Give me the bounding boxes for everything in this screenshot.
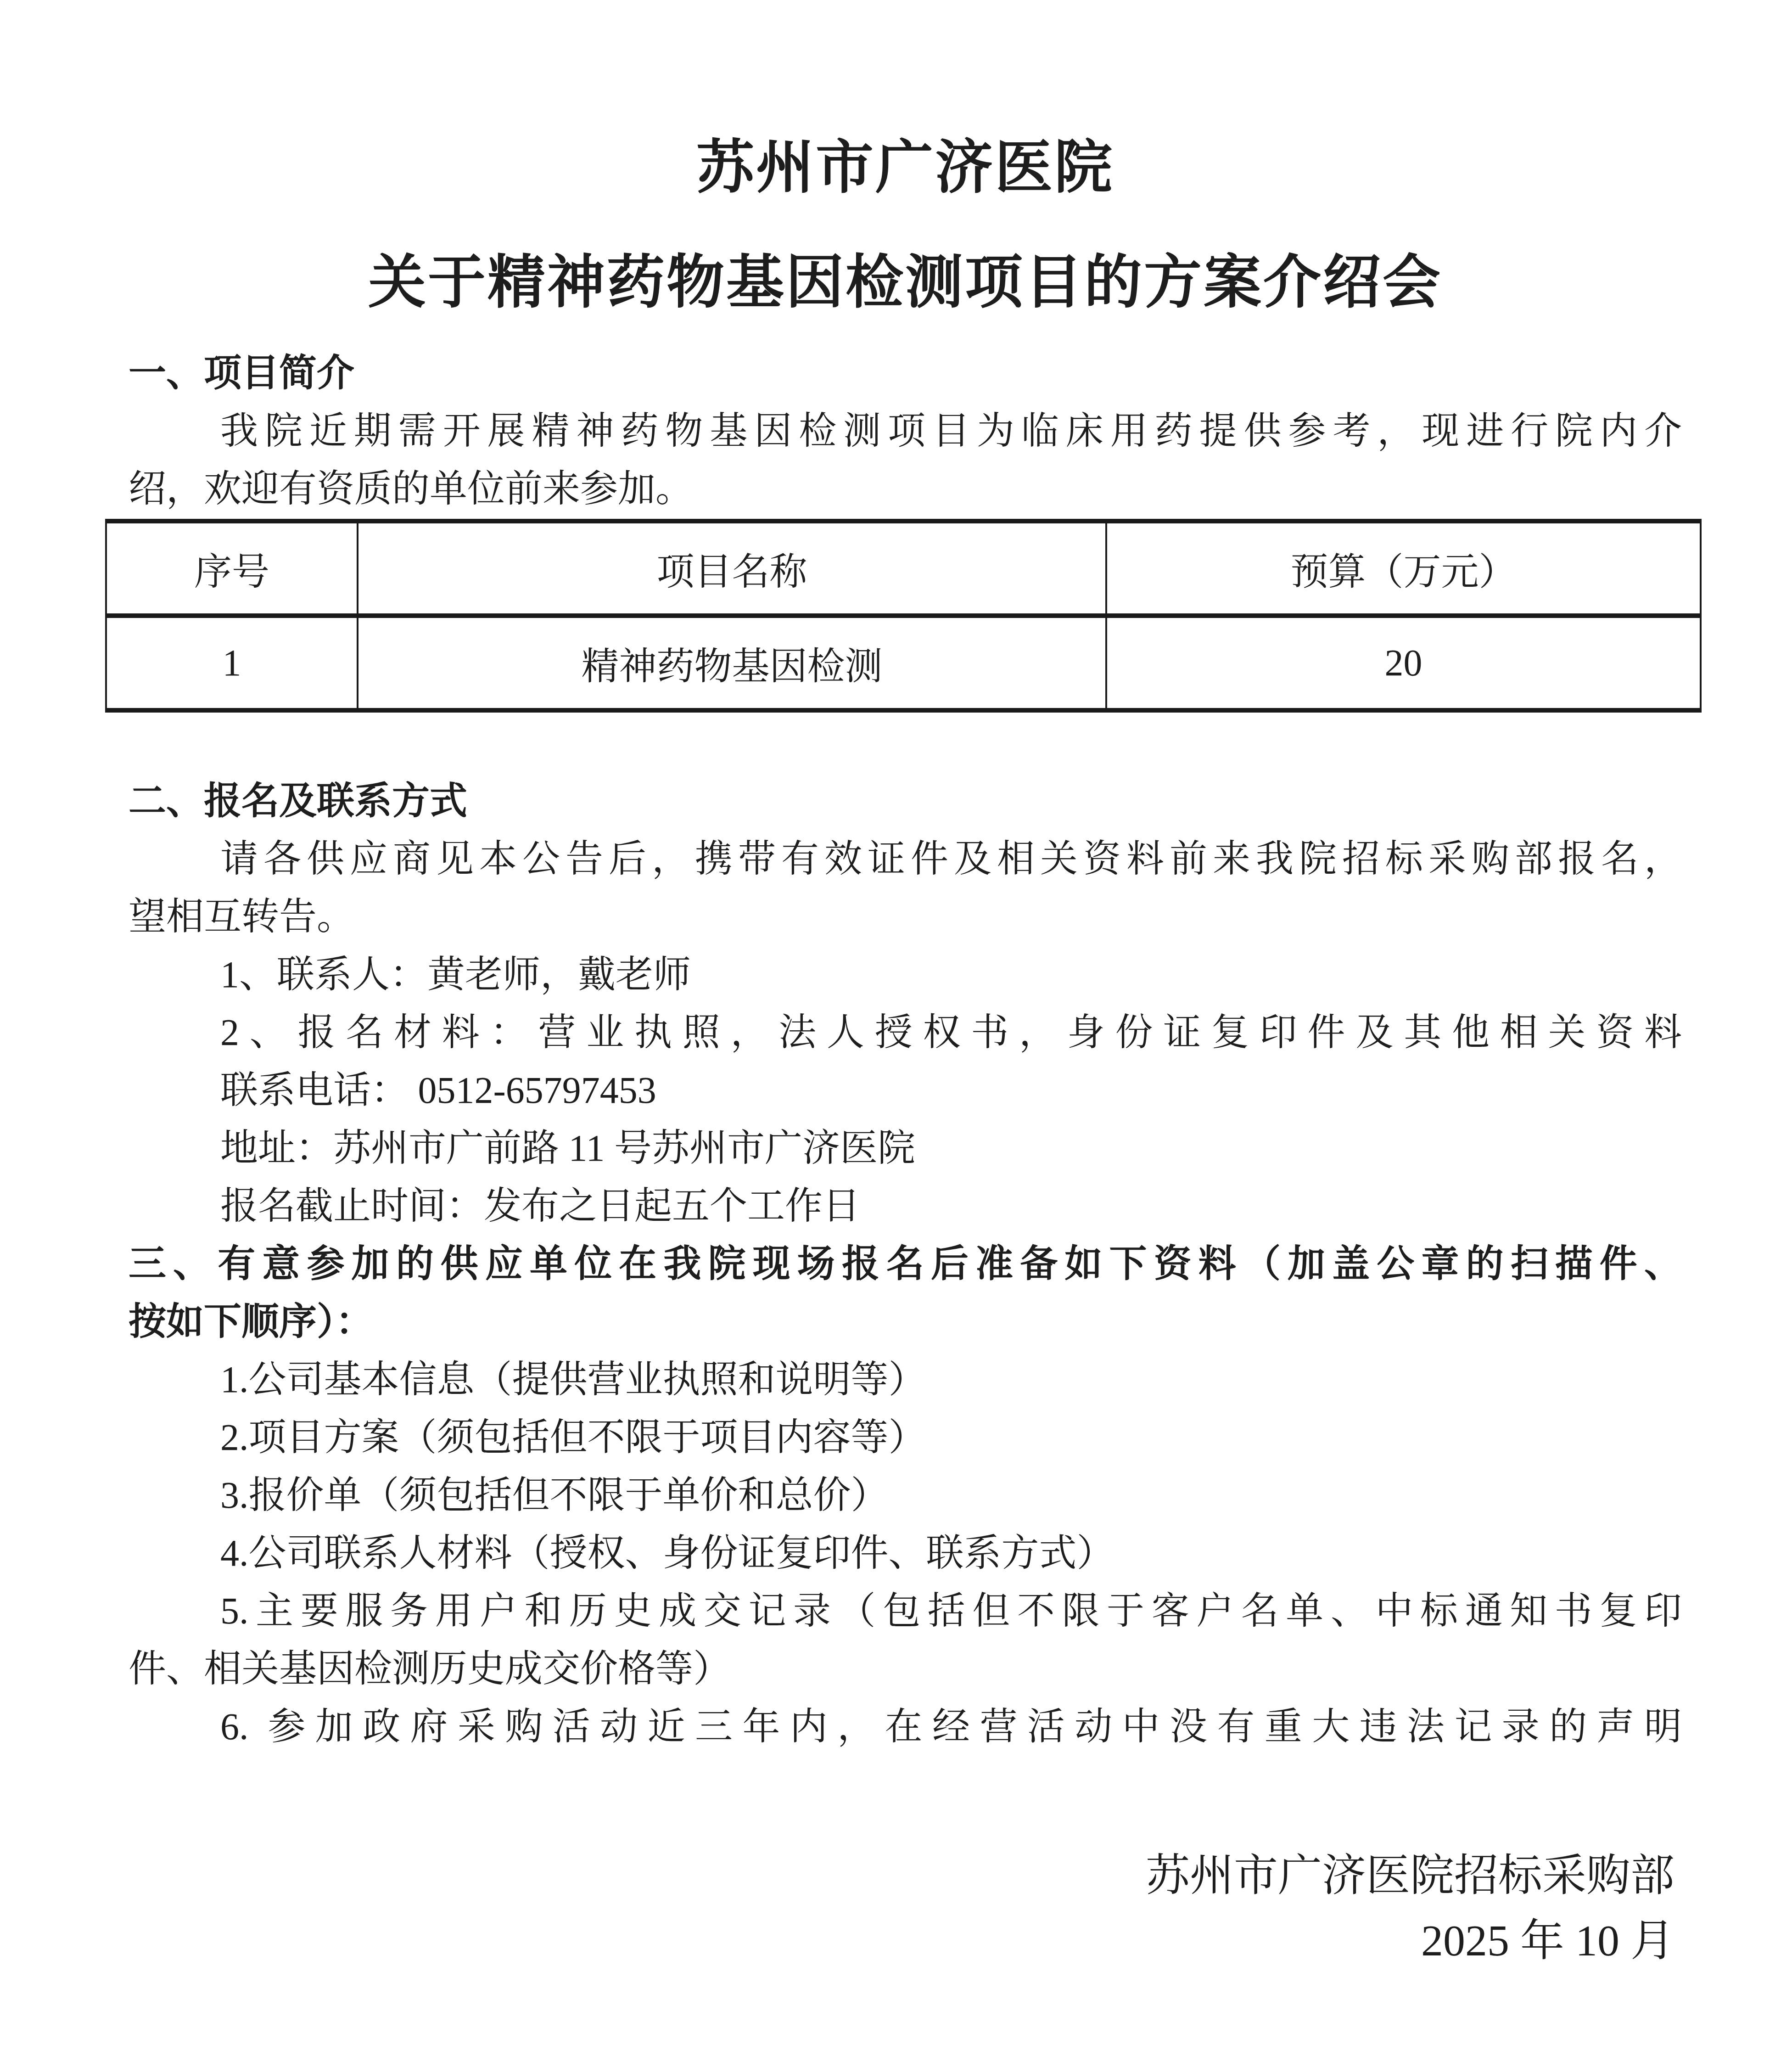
page-subtitle: 关于精神药物基因检测项目的方案介绍会 <box>129 248 1682 317</box>
project-table: 序号 项目名称 预算（万元） 1 精神药物基因检测 20 <box>105 519 1702 713</box>
address-line: 地址：苏州市广前路 11 号苏州市广济医院 <box>129 1119 1682 1177</box>
table-cell-no: 1 <box>106 616 358 710</box>
table-header-no: 序号 <box>106 521 358 616</box>
contact-person-line: 1、联系人：黄老师，戴老师 <box>129 946 1682 1004</box>
section3-heading-cont: 按如下顺序）： <box>129 1293 1682 1351</box>
footer-org: 苏州市广济医院招标采购部 <box>129 1843 1674 1908</box>
paragraph-line: 我院近期需开展精神药物基因检测项目为临床用药提供参考，现进行院内介 <box>129 402 1682 460</box>
list-item-cont: 件、相关基因检测历史成交价格等） <box>129 1640 1682 1698</box>
paragraph-line: 请各供应商见本公告后，携带有效证件及相关资料前来我院招标采购部报名， <box>129 830 1682 888</box>
list-item: 3.报价单（须包括但不限于单价和总价） <box>129 1466 1682 1524</box>
table-cell-name: 精神药物基因检测 <box>358 616 1106 710</box>
document-page: 苏州市广济医院 关于精神药物基因检测项目的方案介绍会 一、项目简介 我院近期需开… <box>0 0 1792 2067</box>
paragraph-line: 望相互转告。 <box>129 888 1682 946</box>
list-item: 2.项目方案（须包括但不限于项目内容等） <box>129 1409 1682 1466</box>
table-header-budget: 预算（万元） <box>1106 521 1701 616</box>
page-title: 苏州市广济医院 <box>129 133 1682 202</box>
list-item: 6. 参加政府采购活动近三年内，在经营活动中没有重大违法记录的声明 <box>129 1698 1682 1756</box>
table-header-row: 序号 项目名称 预算（万元） <box>106 521 1701 616</box>
materials-line: 2、报名材料：营业执照，法人授权书，身份证复印件及其他相关资料 <box>129 1004 1682 1062</box>
section1-heading: 一、项目简介 <box>129 344 1682 402</box>
paragraph-line: 绍，欢迎有资质的单位前来参加。 <box>129 460 1682 518</box>
section3-heading: 三、有意参加的供应单位在我院现场报名后准备如下资料（加盖公章的扫描件、 <box>129 1235 1682 1293</box>
section2-heading: 二、报名及联系方式 <box>129 772 1682 830</box>
footer-date: 2025 年 10 月 <box>129 1908 1674 1973</box>
table-header-name: 项目名称 <box>358 521 1106 616</box>
table-cell-budget: 20 <box>1106 616 1701 710</box>
table-row: 1 精神药物基因检测 20 <box>106 616 1701 710</box>
list-item: 5.主要服务用户和历史成交记录（包括但不限于客户名单、中标通知书复印 <box>129 1582 1682 1640</box>
list-item: 1.公司基本信息（提供营业执照和说明等） <box>129 1351 1682 1409</box>
phone-line: 联系电话： 0512-65797453 <box>129 1062 1682 1119</box>
list-item: 4.公司联系人材料（授权、身份证复印件、联系方式） <box>129 1524 1682 1582</box>
footer-block: 苏州市广济医院招标采购部 2025 年 10 月 <box>129 1843 1682 1973</box>
deadline-line: 报名截止时间：发布之日起五个工作日 <box>129 1177 1682 1235</box>
